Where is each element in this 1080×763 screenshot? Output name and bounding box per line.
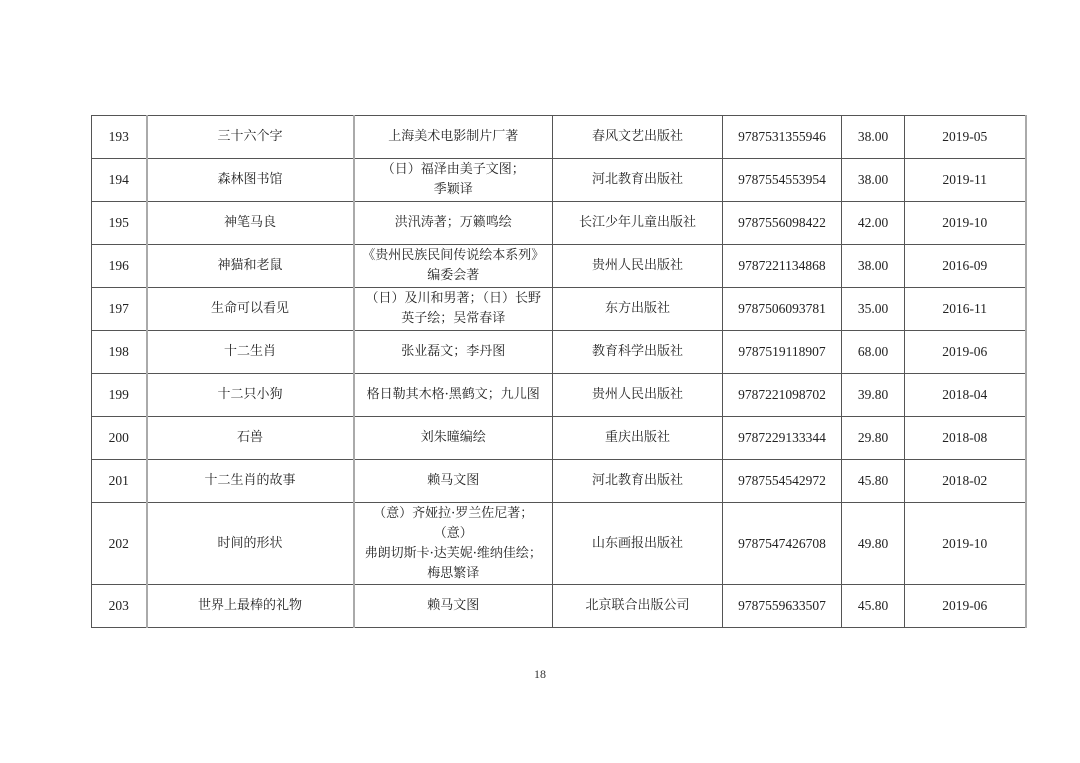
row-number: 200 [92,417,147,460]
book-title: 生命可以看见 [147,288,354,331]
table-row: 201 十二生肖的故事 赖马文图 河北教育出版社 9787554542972 4… [92,460,1026,503]
table-row: 197 生命可以看见 （日）及川和男著；（日）长野 英子绘；吴常春译 东方出版社… [92,288,1026,331]
document-page: 193 三十六个字 上海美术电影制片厂著 春风文艺出版社 97875313559… [0,0,1080,763]
book-price: 68.00 [842,331,905,374]
table-row: 203 世界上最棒的礼物 赖马文图 北京联合出版公司 9787559633507… [92,585,1026,628]
table-row: 194 森林图书馆 （日）福泽由美子文图； 季颖译 河北教育出版社 978755… [92,159,1026,202]
book-price: 42.00 [842,202,905,245]
row-number: 199 [92,374,147,417]
book-title: 十二生肖的故事 [147,460,354,503]
publish-date: 2016-11 [905,288,1026,331]
book-title: 神笔马良 [147,202,354,245]
book-publisher: 教育科学出版社 [553,331,723,374]
row-number: 196 [92,245,147,288]
row-number: 203 [92,585,147,628]
publish-date: 2019-05 [905,116,1026,159]
book-isbn: 9787554553954 [723,159,842,202]
row-number: 193 [92,116,147,159]
book-author: 洪汛涛著；万籁鸣绘 [354,202,553,245]
book-publisher: 贵州人民出版社 [553,245,723,288]
book-publisher: 北京联合出版公司 [553,585,723,628]
table-row: 199 十二只小狗 格日勒其木格·黑鹤文；九儿图 贵州人民出版社 9787221… [92,374,1026,417]
table-row: 196 神猫和老鼠 《贵州民族民间传说绘本系列》 编委会著 贵州人民出版社 97… [92,245,1026,288]
book-publisher: 长江少年儿童出版社 [553,202,723,245]
book-title: 神猫和老鼠 [147,245,354,288]
book-isbn: 9787221134868 [723,245,842,288]
page-number: 18 [0,667,1080,682]
table-row: 195 神笔马良 洪汛涛著；万籁鸣绘 长江少年儿童出版社 97875560984… [92,202,1026,245]
book-publisher: 贵州人民出版社 [553,374,723,417]
book-title: 森林图书馆 [147,159,354,202]
table-row: 198 十二生肖 张业磊文；李丹图 教育科学出版社 9787519118907 … [92,331,1026,374]
book-price: 38.00 [842,159,905,202]
publish-date: 2019-10 [905,202,1026,245]
row-number: 201 [92,460,147,503]
row-number: 197 [92,288,147,331]
book-author: （日）及川和男著；（日）长野 英子绘；吴常春译 [354,288,553,331]
publish-date: 2019-10 [905,503,1026,585]
book-publisher: 河北教育出版社 [553,159,723,202]
book-isbn: 9787519118907 [723,331,842,374]
publish-date: 2018-04 [905,374,1026,417]
book-isbn: 9787506093781 [723,288,842,331]
book-price: 49.80 [842,503,905,585]
book-publisher: 春风文艺出版社 [553,116,723,159]
book-isbn: 9787556098422 [723,202,842,245]
book-isbn: 9787221098702 [723,374,842,417]
publish-date: 2018-02 [905,460,1026,503]
book-price: 45.80 [842,585,905,628]
book-price: 38.00 [842,116,905,159]
publish-date: 2016-09 [905,245,1026,288]
book-publisher: 东方出版社 [553,288,723,331]
publish-date: 2019-06 [905,585,1026,628]
book-title: 十二生肖 [147,331,354,374]
book-author: （意）齐娅拉·罗兰佐尼著；（意） 弗朗切斯卡·达芙妮·维纳佳绘； 梅思繁译 [354,503,553,585]
row-number: 194 [92,159,147,202]
book-title: 石兽 [147,417,354,460]
book-isbn: 9787559633507 [723,585,842,628]
book-title: 世界上最棒的礼物 [147,585,354,628]
table-row: 202 时间的形状 （意）齐娅拉·罗兰佐尼著；（意） 弗朗切斯卡·达芙妮·维纳佳… [92,503,1026,585]
book-title: 十二只小狗 [147,374,354,417]
book-author: 张业磊文；李丹图 [354,331,553,374]
book-author: 赖马文图 [354,460,553,503]
book-author: 格日勒其木格·黑鹤文；九儿图 [354,374,553,417]
table-row: 200 石兽 刘朱曈编绘 重庆出版社 9787229133344 29.80 2… [92,417,1026,460]
book-price: 29.80 [842,417,905,460]
row-number: 202 [92,503,147,585]
book-price: 35.00 [842,288,905,331]
book-publisher: 河北教育出版社 [553,460,723,503]
row-number: 198 [92,331,147,374]
book-author: 刘朱曈编绘 [354,417,553,460]
publish-date: 2019-06 [905,331,1026,374]
book-publisher: 山东画报出版社 [553,503,723,585]
book-author: 赖马文图 [354,585,553,628]
book-list-table: 193 三十六个字 上海美术电影制片厂著 春风文艺出版社 97875313559… [91,115,1027,628]
book-isbn: 9787547426708 [723,503,842,585]
book-title: 时间的形状 [147,503,354,585]
book-author: 上海美术电影制片厂著 [354,116,553,159]
book-price: 45.80 [842,460,905,503]
table-row: 193 三十六个字 上海美术电影制片厂著 春风文艺出版社 97875313559… [92,116,1026,159]
book-publisher: 重庆出版社 [553,417,723,460]
book-title: 三十六个字 [147,116,354,159]
book-isbn: 9787229133344 [723,417,842,460]
row-number: 195 [92,202,147,245]
book-isbn: 9787554542972 [723,460,842,503]
book-price: 38.00 [842,245,905,288]
book-isbn: 9787531355946 [723,116,842,159]
book-price: 39.80 [842,374,905,417]
book-author: （日）福泽由美子文图； 季颖译 [354,159,553,202]
publish-date: 2019-11 [905,159,1026,202]
book-author: 《贵州民族民间传说绘本系列》 编委会著 [354,245,553,288]
publish-date: 2018-08 [905,417,1026,460]
